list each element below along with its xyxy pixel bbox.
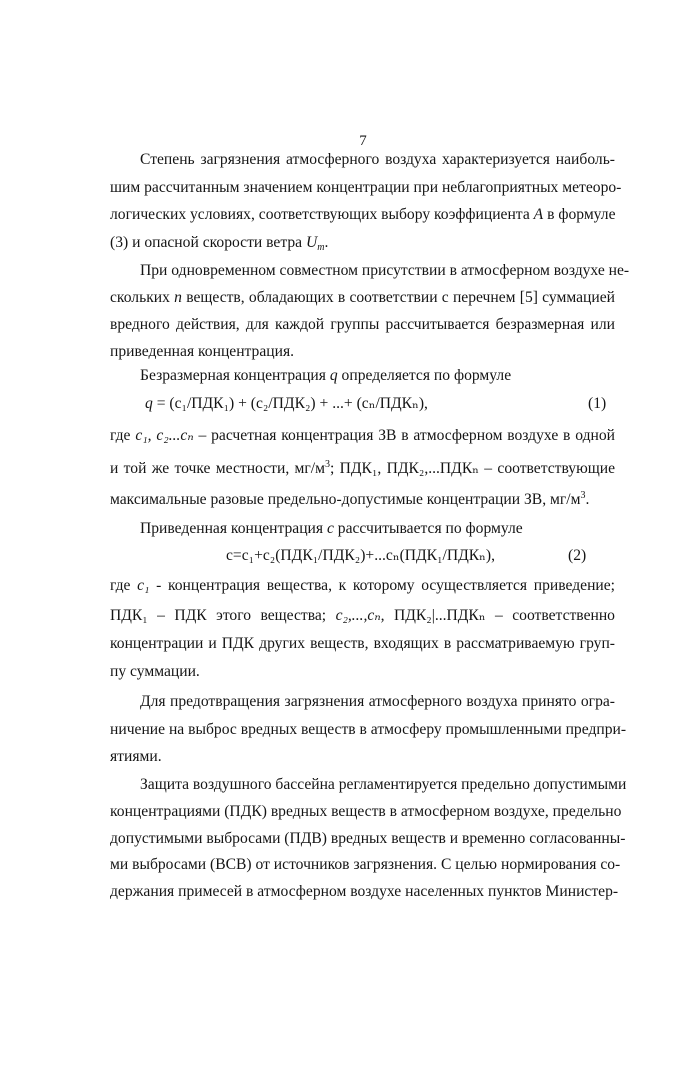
variable: c — [327, 520, 334, 537]
variable: n — [174, 289, 182, 306]
paragraph-2-line-2: скольких n веществ, обладающих в соответ… — [110, 288, 615, 308]
paragraph-5-intro: Приведенная концентрация c рассчитываетс… — [140, 519, 615, 539]
page-number: 7 — [0, 133, 698, 150]
paragraph-8-line-4: ми выбросами (ВСВ) от источников загрязн… — [110, 855, 615, 875]
text: ПДК₂|...ПДКₙ – соответственно — [394, 607, 615, 624]
paragraph-7-line-1: Для предотвращения загрязнения атмосферн… — [140, 692, 615, 712]
variable: q — [145, 395, 153, 412]
variables: c₁, c₂...cₙ — [135, 427, 193, 444]
paragraph-4-line-1: где c₁, c₂...cₙ – расчетная концентрация… — [110, 426, 615, 446]
paragraph-2-line-3: вредного действия, для каждой группы рас… — [110, 315, 615, 335]
text: где — [110, 577, 130, 594]
text: ПДК₁ – ПДК этого вещества; — [110, 607, 326, 624]
formula-body: = (c₁/ПДК₁) + (c₂/ПДК₂) + ...+ (cₙ/ПДКₙ)… — [153, 395, 428, 412]
paragraph-1-line-4: (3) и опасной скорости ветра Um. — [110, 233, 615, 253]
text: . — [585, 491, 589, 508]
paragraph-6-line-2: ПДК₁ – ПДК этого вещества; c₂,...,cₙ, ПД… — [110, 606, 615, 626]
text: максимальные разовые предельно-допустимы… — [110, 491, 580, 508]
paragraph-7-line-3: ятиями. — [110, 747, 615, 767]
paragraph-6-line-3: концентрации и ПДК других веществ, входя… — [110, 634, 615, 654]
variable: c₁ — [137, 577, 149, 594]
equation-number-1: (1) — [588, 394, 606, 414]
formula-2: c=c₁+c₂(ПДК₁/ПДК₂)+...cₙ(ПДК₁/ПДКₙ), — [226, 546, 495, 566]
paragraph-4-line-2: и той же точке местности, мг/м3; ПДК₁, П… — [110, 459, 615, 479]
text: . — [324, 234, 328, 251]
text: веществ, обладающих в соответствии с пер… — [186, 289, 615, 306]
formula-1: q = (c₁/ПДК₁) + (c₂/ПДК₂) + ...+ (cₙ/ПДК… — [145, 394, 428, 414]
text: Безразмерная концентрация — [140, 367, 326, 384]
text: рассчитывается по формуле — [338, 520, 523, 537]
paragraph-8-line-1: Защита воздушного бассейна регламентируе… — [140, 775, 615, 795]
paragraph-1-line-1: Степень загрязнения атмосферного воздуха… — [140, 150, 615, 170]
text: Приведенная концентрация — [140, 520, 323, 537]
text: определяется по формуле — [342, 367, 512, 384]
paragraph-8-line-3: допустимыми выбросами (ПДВ) вредных веще… — [110, 829, 615, 849]
variables: c₂,...,cₙ, — [336, 607, 385, 624]
text: логических условиях, соответствующих выб… — [110, 206, 530, 223]
equation-number-2: (2) — [568, 546, 586, 566]
text: в формуле — [547, 206, 615, 223]
variable: A — [534, 206, 544, 223]
variable: q — [330, 367, 338, 384]
paragraph-3-intro: Безразмерная концентрация q определяется… — [140, 366, 615, 386]
text: (3) и опасной скорости ветра — [110, 234, 302, 251]
paragraph-6-line-1: где c₁ - концентрация вещества, к которо… — [110, 576, 615, 596]
paragraph-8-line-5: держания примесей в атмосферном воздухе … — [110, 882, 615, 902]
text: скольких — [110, 289, 170, 306]
paragraph-1-line-3: логических условиях, соответствующих выб… — [110, 205, 615, 225]
variable: U — [306, 234, 317, 251]
paragraph-2-line-1: При одновременном совместном присутствии… — [140, 261, 615, 281]
text: ; ПДК₁, ПДК₂,...ПДКₙ – соответствующие — [330, 460, 615, 477]
text: и той же точке местности, мг/м — [110, 460, 325, 477]
paragraph-8-line-2: концентрациями (ПДК) вредных веществ в а… — [110, 802, 615, 822]
text: - концентрация вещества, к которому осущ… — [156, 577, 615, 594]
document-page: 7 Степень загрязнения атмосферного возду… — [0, 0, 698, 1080]
text: где — [110, 427, 130, 444]
paragraph-4-line-3: максимальные разовые предельно-допустимы… — [110, 490, 615, 510]
paragraph-7-line-2: ничение на выброс вредных веществ в атмо… — [110, 720, 615, 740]
paragraph-6-line-4: пу суммации. — [110, 662, 615, 682]
paragraph-2-line-4: приведенная концентрация. — [110, 342, 615, 362]
text: – расчетная концентрация ЗВ в атмосферно… — [198, 427, 615, 444]
paragraph-1-line-2: шим рассчитанным значением концентрации … — [110, 178, 615, 198]
